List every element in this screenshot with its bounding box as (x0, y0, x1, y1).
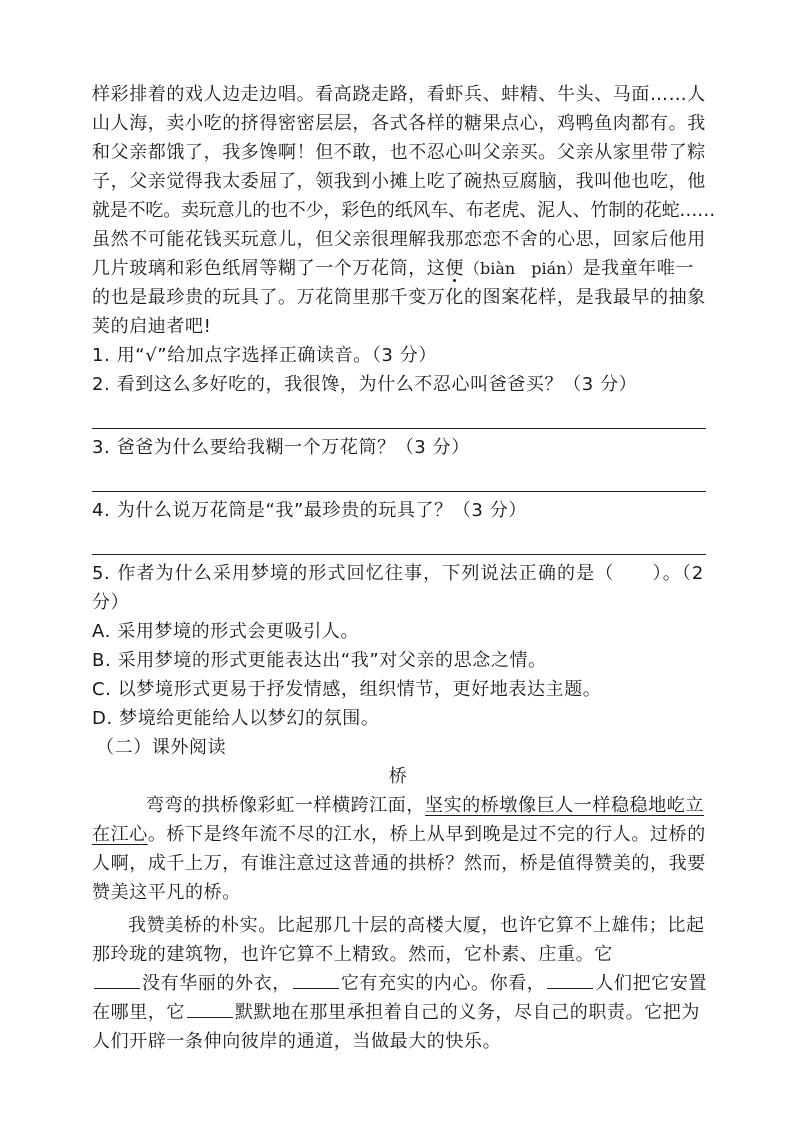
underlined-sentence: 坚实的桥墩像巨人一样稳稳地屹立 (425, 795, 704, 816)
passage2-line: 人啊，成千上万，有谁注意过这普通的拱桥？然而，桥是值得赞美的，我要 (92, 849, 704, 878)
option-b[interactable]: B. 采用梦境的形式更能表达出“我”对父亲的思念之情。 (92, 646, 704, 675)
passage-line: 样彩排着的戏人边走边唱。看高跷走路，看虾兵、蚌精、牛头、马面……人 (92, 80, 704, 109)
question-2: 2. 看到这么多好吃的，我很馋，为什么不忍心叫爸爸买？（3 分） (92, 370, 704, 399)
passage2-line: 赞美这平凡的桥。 (92, 878, 704, 907)
option-d[interactable]: D. 梦境给更能给人以梦幻的氛围。 (92, 704, 704, 733)
option-c[interactable]: C. 以梦境形式更易于抒发情感，组织情节，更好地表达主题。 (92, 675, 704, 704)
question-4: 4. 为什么说万花筒是“我”最珍贵的玩具了？（3 分） (92, 496, 704, 525)
pinyin-options: （biàn pián） (464, 259, 582, 278)
passage2-line: 人们开辟一条伸向彼岸的通道，当做最大的快乐。 (92, 1027, 704, 1056)
passage2-line-blanks: 没有华丽的外衣，它有充实的内心。你看，人们把它安置 (92, 969, 704, 998)
passage-line: 荚的启迪者吧! (92, 312, 704, 341)
fill-blank-2[interactable] (293, 970, 339, 989)
passage-line: 虽然不可能花钱买玩意儿，但父亲很理解我那恋恋不舍的心思，回家后他用 (92, 225, 704, 254)
passage-line-pinyin: 几片玻璃和彩色纸屑等糊了一个万花筒，这便（biàn pián）是我童年唯一 (92, 254, 704, 283)
passage2-line: 在江心。桥下是终年流不尽的江水，桥上从早到晚是过不完的行人。过桥的 (92, 820, 704, 849)
passage2-line: 那玲珑的建筑物，也许它算不上精致。然而，它朴素、庄重。它 (92, 940, 704, 969)
passage2-line: 弯弯的拱桥像彩虹一样横跨江面，坚实的桥墩像巨人一样稳稳地屹立 (92, 791, 704, 820)
section-heading: （二）课外阅读 (92, 733, 704, 762)
question-5-cont: 分） (92, 588, 704, 617)
underlined-sentence: 在江心 (92, 824, 148, 845)
fill-blank-1[interactable] (94, 970, 140, 989)
passage-line: 的也是最珍贵的玩具了。万花筒里那千变万化的图案花样，是我最早的抽象 (92, 283, 704, 312)
exam-page: 样彩排着的戏人边走边唱。看高跷走路，看虾兵、蚌精、牛头、马面……人 山人海，卖小… (92, 80, 704, 1056)
question-1: 1. 用“√”给加点字选择正确读音。（3 分） (92, 341, 704, 370)
passage-title: 桥 (92, 762, 704, 791)
passage2-line: 我赞美桥的朴实。比起那几十层的高楼大厦，也许它算不上雄伟；比起 (92, 911, 704, 940)
fill-blank-4[interactable] (187, 999, 233, 1018)
passage2-line-blanks: 在哪里，它默默地在那里承担着自己的义务，尽自己的职责。它把为 (92, 998, 704, 1027)
answer-line-4[interactable] (92, 525, 704, 555)
question-5: 5. 作者为什么采用梦境的形式回忆往事，下列说法正确的是（ ）。（2 (92, 559, 704, 588)
passage-excerpt: 样彩排着的戏人边走边唱。看高跷走路，看虾兵、蚌精、牛头、马面……人 山人海，卖小… (92, 80, 704, 341)
passage-line: 就是不吃。卖玩意儿的也不少，彩色的纸风车、布老虎、泥人、竹制的花蛇…… (92, 196, 704, 225)
question-3: 3. 爸爸为什么要给我糊一个万花筒？（3 分） (92, 433, 704, 462)
passage-line: 和父亲都饿了，我多馋啊！但不敢，也不忍心叫父亲买。父亲从家里带了粽 (92, 138, 704, 167)
answer-line-3[interactable] (92, 462, 704, 492)
dotted-character: 便 (445, 258, 464, 279)
fill-blank-3[interactable] (547, 970, 593, 989)
passage-line: 子，父亲觉得我太委屈了，领我到小摊上吃了碗热豆腐脑，我叫他也吃，他 (92, 167, 704, 196)
answer-line-2[interactable] (92, 399, 704, 429)
option-a[interactable]: A. 采用梦境的形式会更吸引人。 (92, 617, 704, 646)
passage-line: 山人海，卖小吃的挤得密密层层，各式各样的糖果点心，鸡鸭鱼肉都有。我 (92, 109, 704, 138)
